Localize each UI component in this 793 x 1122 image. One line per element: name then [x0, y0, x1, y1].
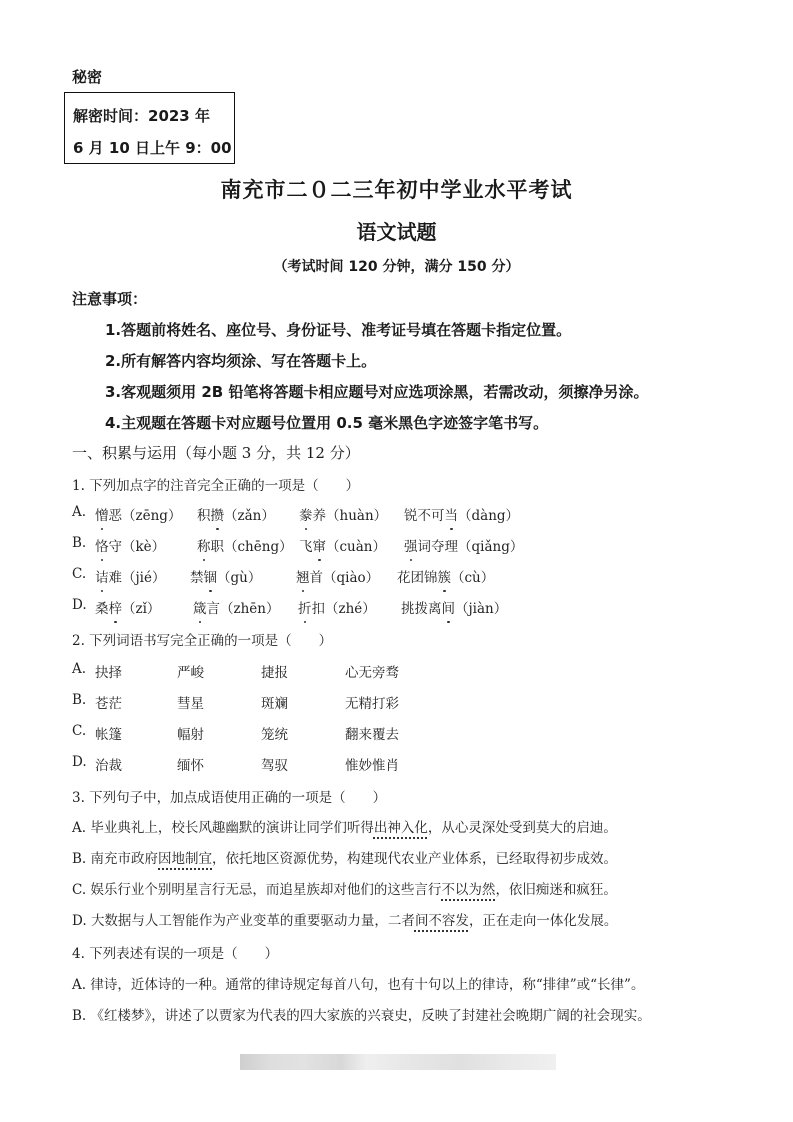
option-word: 驾驭	[261, 754, 288, 774]
blurred-watermark-bar	[240, 1054, 556, 1070]
option-word: 心无旁骛	[345, 661, 399, 681]
question-stem: 4. 下列表述有误的一项是（ ）	[72, 942, 278, 962]
option-word: 苍茫	[95, 692, 122, 712]
unseal-time-line1: 解密时间：2023 年	[73, 105, 210, 126]
option-word: 捷报	[261, 661, 288, 681]
option-item: 强词夺理（qiǎng）	[404, 535, 523, 555]
text: 恶（zēng）	[109, 508, 182, 524]
text: 大数据与人工智能作为产业变革的重要驱动力量，二者	[91, 913, 415, 929]
text: 律诗，近体诗的一种。通常的律诗规定每首八句，也有十句以上的律诗，称“排律”或“长…	[90, 977, 644, 993]
text: ，正在走向一体化发展。	[469, 913, 618, 929]
option-item: 豢养（huàn）	[299, 504, 387, 524]
option-item: 积攒（zǎn）	[197, 504, 275, 524]
option-label: A.	[72, 661, 86, 677]
option-label: A.	[72, 977, 86, 993]
option-sentence: A. 律诗，近体诗的一种。通常的律诗规定每首八句，也有十句以上的律诗，称“排律”…	[72, 973, 644, 993]
text: （dàng）	[458, 508, 519, 524]
text: 禁	[190, 570, 204, 586]
dotted-idiom: 出神入化	[374, 820, 428, 836]
option-word: 彗星	[177, 692, 204, 712]
option-sentence: A. 毕业典礼上，校长风趣幽默的演讲让同学们听得出神入化，从心灵深处受到莫大的启…	[72, 816, 617, 836]
option-word: 治裁	[95, 754, 122, 774]
dotted-char: 恪	[95, 535, 109, 555]
option-label: B.	[72, 851, 86, 867]
text: 扣（zhé）	[312, 601, 376, 617]
dotted-char: 折	[298, 597, 312, 617]
option-label: A.	[72, 504, 86, 520]
text: 职（chēng）	[211, 539, 293, 555]
dotted-char: 称	[197, 535, 211, 555]
option-item: 憎恶（zēng）	[95, 504, 181, 524]
option-label: D.	[72, 754, 87, 770]
notice-item: 1.答题前将姓名、座位号、身份证号、准考证号填在答题卡指定位置。	[105, 319, 571, 340]
text: （zǎn）	[224, 508, 275, 524]
text: 养（huàn）	[313, 508, 388, 524]
option-label: C.	[72, 723, 86, 739]
option-label: D.	[72, 597, 87, 613]
option-label: B.	[72, 692, 86, 708]
option-label: B.	[72, 1008, 86, 1024]
option-word: 严峻	[177, 661, 204, 681]
option-item: 诘难（jié）	[95, 566, 166, 586]
option-word: 帐篷	[95, 723, 122, 743]
unseal-time-box: 解密时间：2023 年 6 月 10 日上午 9：00	[64, 92, 235, 164]
option-word: 缅怀	[177, 754, 204, 774]
unseal-time-line2: 6 月 10 日上午 9：00	[73, 137, 232, 158]
option-item: 恪守（kè）	[95, 535, 165, 555]
text: 首（qiào）	[310, 570, 380, 586]
option-sentence: B. 南充市政府因地制宜，依托地区资源优势，构建现代农业产业体系，已经取得初步成…	[72, 847, 617, 867]
text: 言（zhēn）	[207, 601, 280, 617]
exam-subtitle: 语文试题	[0, 216, 793, 245]
text: 守（kè）	[109, 539, 166, 555]
text: 花团锦	[397, 570, 438, 586]
option-item: 箴言（zhēn）	[193, 597, 280, 617]
dotted-char: 梓	[109, 597, 123, 617]
option-item: 称职（chēng）	[197, 535, 293, 555]
text: 南充市政府	[91, 851, 159, 867]
option-word: 惟妙惟肖	[345, 754, 399, 774]
question-stem: 2. 下列词语书写完全正确的一项是（ ）	[72, 629, 332, 649]
option-item: 折扣（zhé）	[298, 597, 376, 617]
option-item: 翘首（qiào）	[296, 566, 379, 586]
text: ，依旧痴迷和疯狂。	[495, 882, 617, 898]
notice-item: 3.客观题须用 2B 铅笔将答题卡相应题号对应选项涂黑，若需改动，须擦净另涂。	[105, 381, 648, 402]
text: 锐不可	[404, 508, 445, 524]
section-heading: 一、积累与运用（每小题 3 分，共 12 分）	[72, 442, 360, 463]
text: 桑	[95, 601, 109, 617]
text: （zǐ）	[122, 601, 160, 617]
option-sentence: D. 大数据与人工智能作为产业变革的重要驱动力量，二者间不容发，正在走向一体化发…	[72, 909, 617, 929]
dotted-char: 攒	[211, 504, 225, 524]
dotted-idiom: 间不容发	[415, 913, 469, 929]
option-word: 翻来覆去	[345, 723, 399, 743]
option-label: B.	[72, 535, 86, 551]
dotted-idiom: 因地制宜	[158, 851, 212, 867]
text: 飞	[299, 539, 313, 555]
text: （jiàn）	[455, 601, 507, 617]
notice-item: 2.所有解答内容均须涂、写在答题卡上。	[105, 350, 376, 371]
dotted-char: 当	[445, 504, 459, 524]
option-label: C.	[72, 882, 86, 898]
option-item: 花团锦簇（cù）	[397, 566, 494, 586]
option-item: 飞窜（cuàn）	[299, 535, 386, 555]
text: 毕业典礼上，校长风趣幽默的演讲让同学们听得	[90, 820, 374, 836]
notice-heading: 注意事项：	[72, 288, 147, 309]
dotted-char: 憎	[95, 504, 109, 524]
dotted-idiom: 不以为然	[441, 882, 495, 898]
text: ，依托地区资源优势，构建现代农业产业体系，已经取得初步成效。	[212, 851, 617, 867]
text: 积	[197, 508, 211, 524]
dotted-char: 箴	[193, 597, 207, 617]
option-item: 锐不可当（dàng）	[404, 504, 519, 524]
option-word: 幅射	[177, 723, 204, 743]
text: 挑拨离	[401, 601, 442, 617]
notice-item: 4.主观题在答题卡对应题号位置用 0.5 毫米黑色字迹签字笔书写。	[105, 412, 548, 433]
exam-duration: （考试时间 120 分钟，满分 150 分）	[0, 256, 793, 276]
option-word: 笼统	[261, 723, 288, 743]
option-word: 无精打彩	[345, 692, 399, 712]
option-item: 桑梓（zǐ）	[95, 597, 160, 617]
text: 词夺理（qiǎng）	[418, 539, 524, 555]
text: （cuàn）	[326, 539, 386, 555]
option-word: 抉择	[95, 661, 122, 681]
option-item: 禁锢（gù）	[190, 566, 261, 586]
dotted-char: 翘	[296, 566, 310, 586]
text: 《红楼梦》，讲述了以贾家为代表的四大家族的兴衰史，反映了封建社会晚期广阔的社会现…	[91, 1008, 651, 1024]
text: 娱乐行业个别明星言行无忌，而追星族却对他们的这些言行	[90, 882, 441, 898]
option-label: A.	[72, 820, 86, 836]
option-label: C.	[72, 566, 86, 582]
option-sentence: C. 娱乐行业个别明星言行无忌，而追星族却对他们的这些言行不以为然，依旧痴迷和疯…	[72, 878, 617, 898]
text: （cù）	[451, 570, 494, 586]
dotted-char: 强	[404, 535, 418, 555]
dotted-char: 窜	[313, 535, 327, 555]
dotted-char: 诘	[95, 566, 109, 586]
option-item: 挑拨离间（jiàn）	[401, 597, 507, 617]
option-sentence: B. 《红楼梦》，讲述了以贾家为代表的四大家族的兴衰史，反映了封建社会晚期广阔的…	[72, 1004, 651, 1024]
dotted-char: 锢	[204, 566, 218, 586]
option-label: D.	[72, 913, 87, 929]
option-word: 斑斓	[261, 692, 288, 712]
dotted-char: 豢	[299, 504, 313, 524]
question-stem: 3. 下列句子中，加点成语使用正确的一项是（ ）	[72, 786, 386, 806]
dotted-char: 间	[442, 597, 456, 617]
secret-label: 秘密	[72, 66, 102, 87]
dotted-char: 簇	[438, 566, 452, 586]
text: ，从心灵深处受到莫大的启迪。	[428, 820, 617, 836]
exam-title: 南充市二０二三年初中学业水平考试	[0, 174, 793, 204]
question-stem: 1. 下列加点字的注音完全正确的一项是（ ）	[72, 474, 359, 494]
text: （gù）	[217, 570, 261, 586]
text: 难（jié）	[109, 570, 166, 586]
